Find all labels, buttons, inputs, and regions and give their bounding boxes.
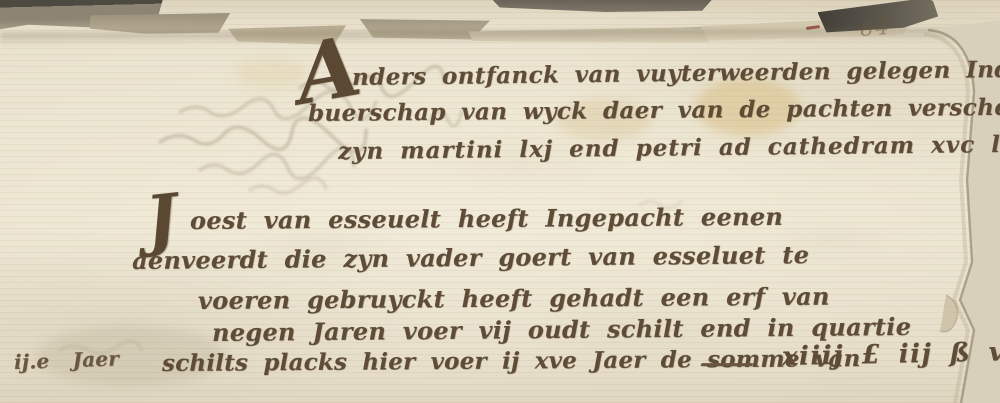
margin-note: ij.e Jaer (14, 346, 120, 374)
heading-line-3: zyn martini lxj end petri ad cathedram x… (338, 131, 1000, 165)
torn-page-edge (486, 0, 716, 13)
entry-initial-letter: J (143, 185, 181, 254)
sum-dash: — (698, 348, 756, 377)
page-fold-shadow (0, 28, 1000, 46)
torn-page-edge (468, 25, 718, 43)
red-ink-mark (806, 25, 820, 30)
sum-amount: xiiij £ iij ß vj d (782, 336, 1000, 372)
torn-page-edge (360, 15, 490, 40)
torn-page-edge (90, 11, 230, 35)
entry-line-2: aenveerdt die zyn vader goert van esselu… (132, 240, 809, 275)
folio-number: 84 (859, 15, 891, 41)
torn-page-edge (0, 0, 164, 30)
heading-line-1: nders ontfanck van vuyterweerden gelegen… (352, 56, 1000, 91)
entry-line-1: oest van esseuelt heeft Ingepacht eenen (190, 202, 783, 235)
heading-line-2: buerschap van wyck daer van de pachten v… (308, 93, 1000, 127)
manuscript-page: 84 A nders ontfanck van vuyterweerden ge… (0, 0, 1000, 403)
entry-line-3: voeren gebruyckt heeft gehadt een erf va… (198, 282, 830, 315)
